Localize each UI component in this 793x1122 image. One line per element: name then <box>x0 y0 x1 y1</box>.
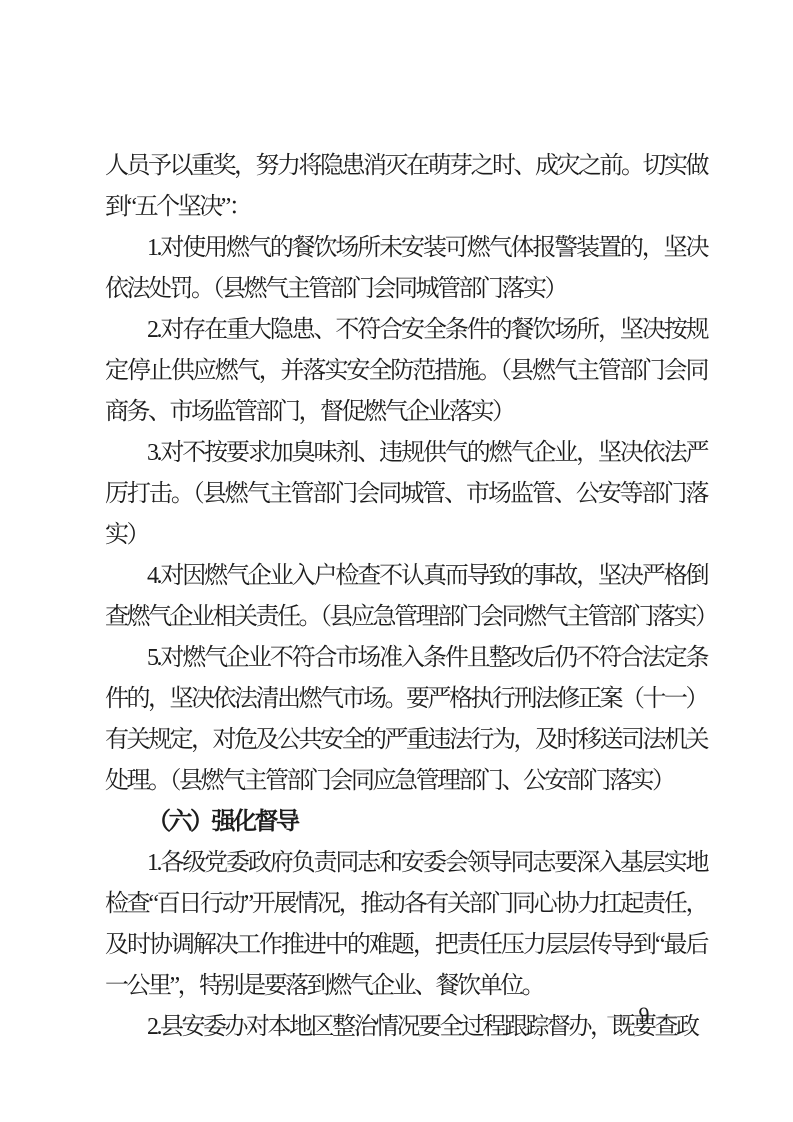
paragraph-item-4: 4.对因燃气企业入户检查不认真而导致的事故，坚决严格倒查燃气企业相关责任。（县应… <box>105 556 707 638</box>
page-footer: — 9 — <box>598 1000 690 1030</box>
section-heading-6: （六）强化督导 <box>105 802 707 843</box>
page-number: 9 <box>639 1000 650 1030</box>
paragraph-item-2: 2.对存在重大隐患、不符合安全条件的餐饮场所，坚决按规定停止供应燃气，并落实安全… <box>105 310 707 433</box>
document-body: 人员予以重奖，努力将隐患消灭在萌芽之时、成灾之前。切实做到“五个坚决”： 1.对… <box>105 146 707 1048</box>
document-page: 人员予以重奖，努力将隐患消灭在萌芽之时、成灾之前。切实做到“五个坚决”： 1.对… <box>0 0 793 1122</box>
paragraph-section6-item-1: 1.各级党委政府负责同志和安委会领导同志要深入基层实地检查“百日行动”开展情况，… <box>105 843 707 1007</box>
paragraph-intro: 人员予以重奖，努力将隐患消灭在萌芽之时、成灾之前。切实做到“五个坚决”： <box>105 146 707 228</box>
footer-right-dash: — <box>659 1000 681 1030</box>
footer-left-dash: — <box>608 1000 630 1030</box>
paragraph-item-1: 1.对使用燃气的餐饮场所未安装可燃气体报警装置的，坚决依法处罚。（县燃气主管部门… <box>105 228 707 310</box>
paragraph-item-3: 3.对不按要求加臭味剂、违规供气的燃气企业，坚决依法严厉打击。（县燃气主管部门会… <box>105 433 707 556</box>
paragraph-item-5: 5.对燃气企业不符合市场准入条件且整改后仍不符合法定条件的，坚决依法清出燃气市场… <box>105 638 707 802</box>
